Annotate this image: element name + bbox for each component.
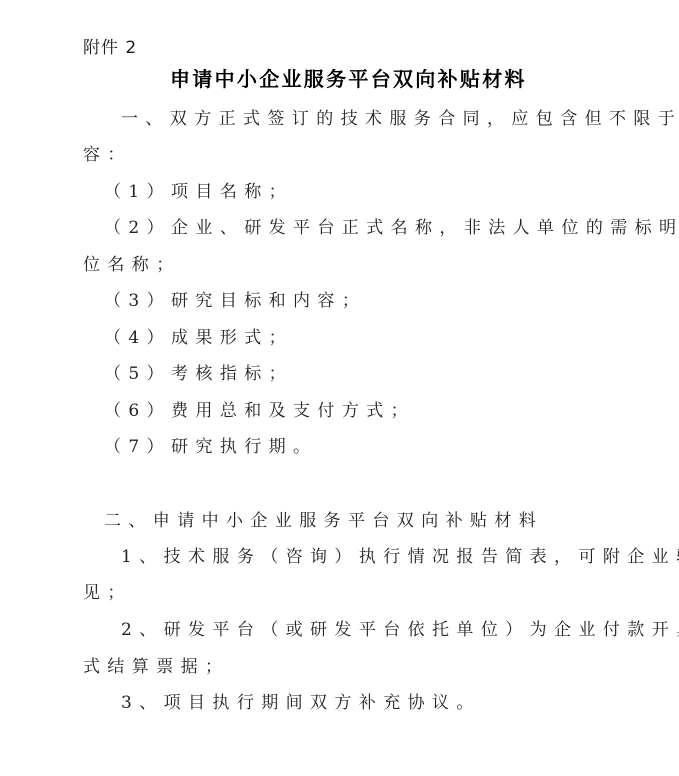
section1-item-2-cont: 位名称； xyxy=(83,253,603,277)
section1-item-1: （1）项目名称； xyxy=(104,180,624,204)
document-title: 申请中小企业服务平台双向补贴材料 xyxy=(170,66,527,92)
section2-item-3: 3、项目执行期间双方补充协议。 xyxy=(121,691,641,715)
section2-item-1: 1、技术服务（咨询）执行情况报告简表，可附企业验收意 xyxy=(121,545,641,569)
section2-item-2: 2、研发平台（或研发平台依托单位）为企业付款开具的正 xyxy=(121,618,641,642)
section2-heading: 二、申请中小企业服务平台双向补贴材料 xyxy=(104,509,624,533)
section1-heading-line1: 一、双方正式签订的技术服务合同，应包含但不限于以下内 xyxy=(121,107,641,131)
section1-item-3: （3）研究目标和内容； xyxy=(104,289,624,313)
section1-item-2: （2）企业、研发平台正式名称，非法人单位的需标明依托单 xyxy=(104,216,624,240)
attachment-label: 附件 2 xyxy=(83,36,137,60)
section1-item-7: （7）研究执行期。 xyxy=(104,435,624,459)
section1-item-4: （4）成果形式； xyxy=(104,326,624,350)
document-page: 附件 2 申请中小企业服务平台双向补贴材料 一、双方正式签订的技术服务合同，应包… xyxy=(0,0,679,776)
section2-item-1-cont: 见； xyxy=(83,581,603,605)
section1-heading-line2: 容： xyxy=(83,143,603,167)
section2-item-2-cont: 式结算票据； xyxy=(83,655,603,679)
section1-item-6: （6）费用总和及支付方式； xyxy=(104,399,624,423)
section1-item-5: （5）考核指标； xyxy=(104,362,624,386)
